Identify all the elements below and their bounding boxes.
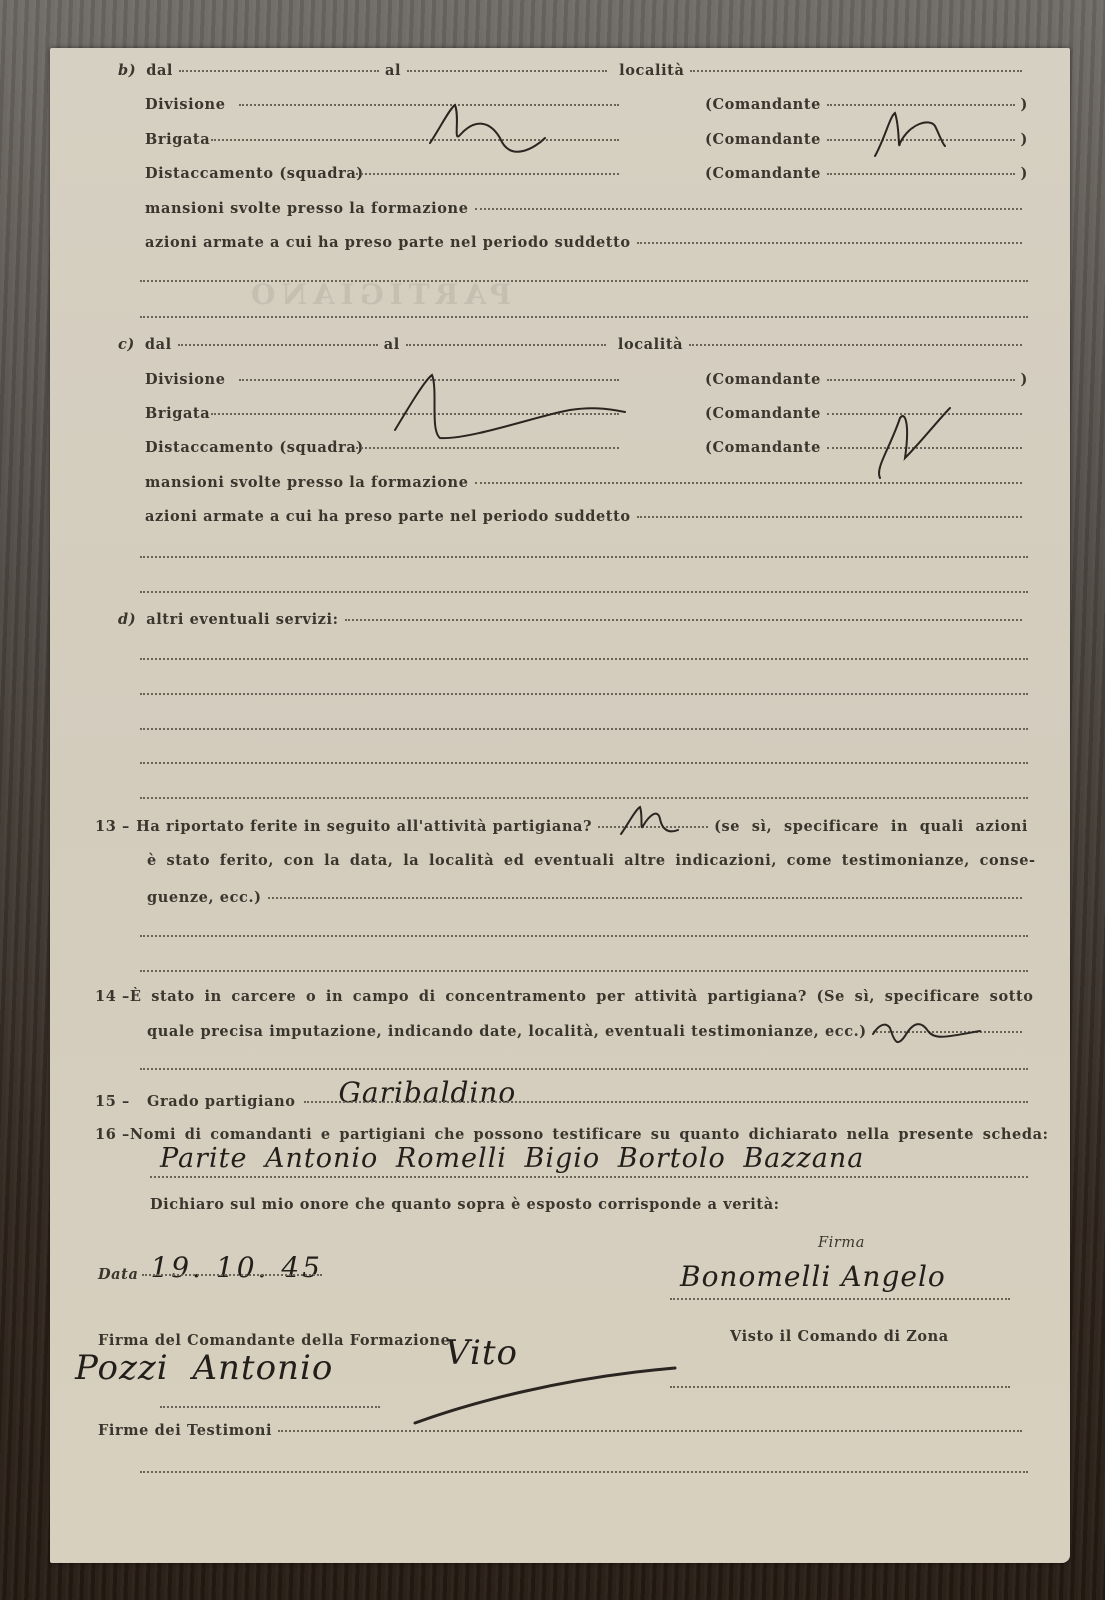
paren-close: ) (1021, 371, 1028, 388)
q16-row: 16 – Nomi di comandanti e partigiani che… (95, 1126, 1028, 1143)
label-brigata: Brigata (145, 405, 205, 422)
label-al: al (384, 336, 400, 353)
declaration-row: Dichiaro sul mio onore che quanto sopra … (150, 1196, 1028, 1213)
strike-scribble-b-comandante (870, 108, 990, 168)
label-dal: dal (146, 62, 173, 79)
field-c-div-comandante[interactable] (827, 379, 1015, 381)
q14-details-line2[interactable] (140, 1068, 1028, 1070)
field-altri-servizi-line3[interactable] (140, 693, 1028, 695)
q14-answer-no-scribble (870, 1016, 1000, 1051)
field-b-distaccamento[interactable] (356, 173, 619, 175)
label-comandante: (Comandante (705, 371, 821, 388)
section-b-mansioni-row: mansioni svolte presso la formazione (145, 200, 1028, 217)
q15-row: 15 – Grado partigiano Garibaldino (95, 1093, 1028, 1110)
comandante-signature: Pozzi Antonio (75, 1348, 333, 1388)
field-b-dal[interactable] (179, 70, 379, 72)
section-divider (140, 316, 1028, 318)
data-handwritten-value: 19. 10. 45 (150, 1251, 323, 1284)
label-comandante: (Comandante (705, 405, 821, 422)
comandante-formazione-label: Firma del Comandante della Formazione (98, 1332, 450, 1349)
field-b-localita[interactable] (690, 70, 1022, 72)
field-b-azioni[interactable] (637, 242, 1022, 244)
q14-text2: quale precisa imputazione, indicando dat… (147, 1023, 867, 1040)
ghost-stamp: PARTIGIANO (245, 278, 511, 311)
field-c-al[interactable] (406, 344, 606, 346)
section-b-azioni-row: azioni armate a cui ha preso parte nel p… (145, 234, 1028, 251)
q16-answer-field[interactable] (150, 1176, 1028, 1178)
declaration-text: Dichiaro sul mio onore che quanto sopra … (150, 1196, 780, 1213)
field-altri-servizi-line6[interactable] (140, 797, 1028, 799)
q13-question: Ha riportato ferite in seguito all'attiv… (136, 818, 592, 835)
firma-field[interactable] (670, 1298, 1010, 1300)
label-divisione: Divisione (145, 96, 233, 113)
field-b-mansioni[interactable] (475, 208, 1022, 210)
section-b-dates-row: b) dal al località (118, 62, 1028, 79)
q16-number: 16 – (95, 1126, 130, 1143)
field-altri-servizi-line2[interactable] (140, 658, 1028, 660)
q14-row1: 14 – È stato in carcere o in campo di co… (95, 988, 1028, 1005)
q13-details-field[interactable] (268, 897, 1022, 899)
q15-answer-field[interactable]: Garibaldino (304, 1104, 1028, 1106)
field-c-azioni[interactable] (637, 516, 1022, 518)
label-al: al (385, 62, 401, 79)
field-b-dist-comandante[interactable] (827, 173, 1015, 175)
field-altri-servizi[interactable] (345, 619, 1022, 621)
label-dal: dal (145, 336, 172, 353)
label-distaccamento: Distaccamento (squadra) (145, 439, 350, 456)
label-mansioni: mansioni svolte presso la formazione (145, 474, 469, 491)
q15-handwritten-value: Garibaldino (339, 1076, 517, 1109)
firma-label-row: Firma (818, 1235, 1070, 1251)
field-b-div-comandante[interactable] (827, 104, 1015, 106)
paren-close: ) (1021, 131, 1028, 148)
label-divisione: Divisione (145, 371, 233, 388)
q14-number: 14 – (95, 988, 130, 1005)
section-c-dates-row: c) dal al località (118, 336, 1028, 353)
paren-close: ) (1021, 96, 1028, 113)
q13-row3: guenze, ecc.) (147, 889, 1028, 906)
field-b-al[interactable] (407, 70, 607, 72)
form-page: b) dal al località Divisione (Comandante… (50, 48, 1070, 1563)
label-azioni: azioni armate a cui ha preso parte nel p… (145, 234, 631, 251)
q13-text4: guenze, ecc.) (147, 889, 262, 906)
label-comandante: (Comandante (705, 96, 821, 113)
paren-close: ) (1021, 165, 1028, 182)
strike-scribble-c-comandante (875, 403, 1005, 488)
q13-number: 13 – (95, 818, 136, 835)
section-d-marker: d) (118, 611, 136, 628)
label-mansioni: mansioni svolte presso la formazione (145, 200, 469, 217)
firma-label: Firma (818, 1235, 865, 1251)
testimoni-label: Firme dei Testimoni (98, 1422, 272, 1439)
label-comandante: (Comandante (705, 131, 821, 148)
q13-text2: (se sì, specificare in quali azioni (714, 818, 1028, 835)
label-localita: località (619, 62, 684, 79)
label-distaccamento: Distaccamento (squadra) (145, 165, 350, 182)
testimoni-field[interactable] (278, 1430, 1022, 1432)
label-azioni: azioni armate a cui ha preso parte nel p… (145, 508, 631, 525)
label-brigata: Brigata (145, 131, 205, 148)
data-field[interactable]: 19. 10. 45 (142, 1277, 322, 1279)
section-b-marker: b) (118, 62, 136, 79)
q16-handwritten-value: Parite Antonio Romelli Bigio Bortolo Baz… (160, 1143, 864, 1174)
field-altri-servizi-line4[interactable] (140, 728, 1028, 730)
applicant-signature: Bonomelli Angelo (680, 1260, 946, 1293)
section-c-azioni-row: azioni armate a cui ha preso parte nel p… (145, 508, 1028, 525)
q13-details-line2[interactable] (140, 935, 1028, 937)
section-c-marker: c) (118, 336, 135, 353)
q13-answer-no-scribble (618, 804, 708, 839)
label-altri-servizi: altri eventuali servizi: (146, 611, 338, 628)
testimoni-row: Firme dei Testimoni (98, 1422, 1028, 1439)
q13-text3: è stato ferito, con la data, la località… (147, 852, 1036, 869)
label-comandante: (Comandante (705, 439, 821, 456)
strike-scribble-b-brigata (425, 103, 605, 173)
field-c-localita[interactable] (689, 344, 1022, 346)
q13-row1: 13 – Ha riportato ferite in seguito all'… (95, 818, 1028, 835)
label-localita: località (618, 336, 683, 353)
testimoni-field-line2[interactable] (140, 1471, 1028, 1473)
q13-details-line3[interactable] (140, 970, 1028, 972)
data-label: Data (98, 1266, 138, 1283)
q13-row2: è stato ferito, con la data, la località… (147, 852, 1028, 869)
q14-question: È stato in carcere o in campo di concent… (130, 988, 1034, 1005)
visto-row: Visto il Comando di Zona (730, 1328, 1070, 1345)
section-divider (140, 591, 1028, 593)
comandante-formazione-field[interactable] (160, 1406, 380, 1408)
q16-label: Nomi di comandanti e partigiani che poss… (130, 1126, 1049, 1143)
q15-number: 15 – (95, 1093, 147, 1110)
field-c-dal[interactable] (178, 344, 378, 346)
section-d-row: d) altri eventuali servizi: (118, 611, 1028, 628)
visto-comando-zona-label: Visto il Comando di Zona (730, 1328, 949, 1345)
visto-comando-zona-field[interactable] (670, 1386, 1010, 1388)
strike-scribble-c-brigata (390, 370, 650, 455)
field-altri-servizi-line5[interactable] (140, 762, 1028, 764)
label-comandante: (Comandante (705, 165, 821, 182)
q15-label: Grado partigiano (147, 1093, 296, 1110)
field-c-azioni-line2[interactable] (140, 556, 1028, 558)
